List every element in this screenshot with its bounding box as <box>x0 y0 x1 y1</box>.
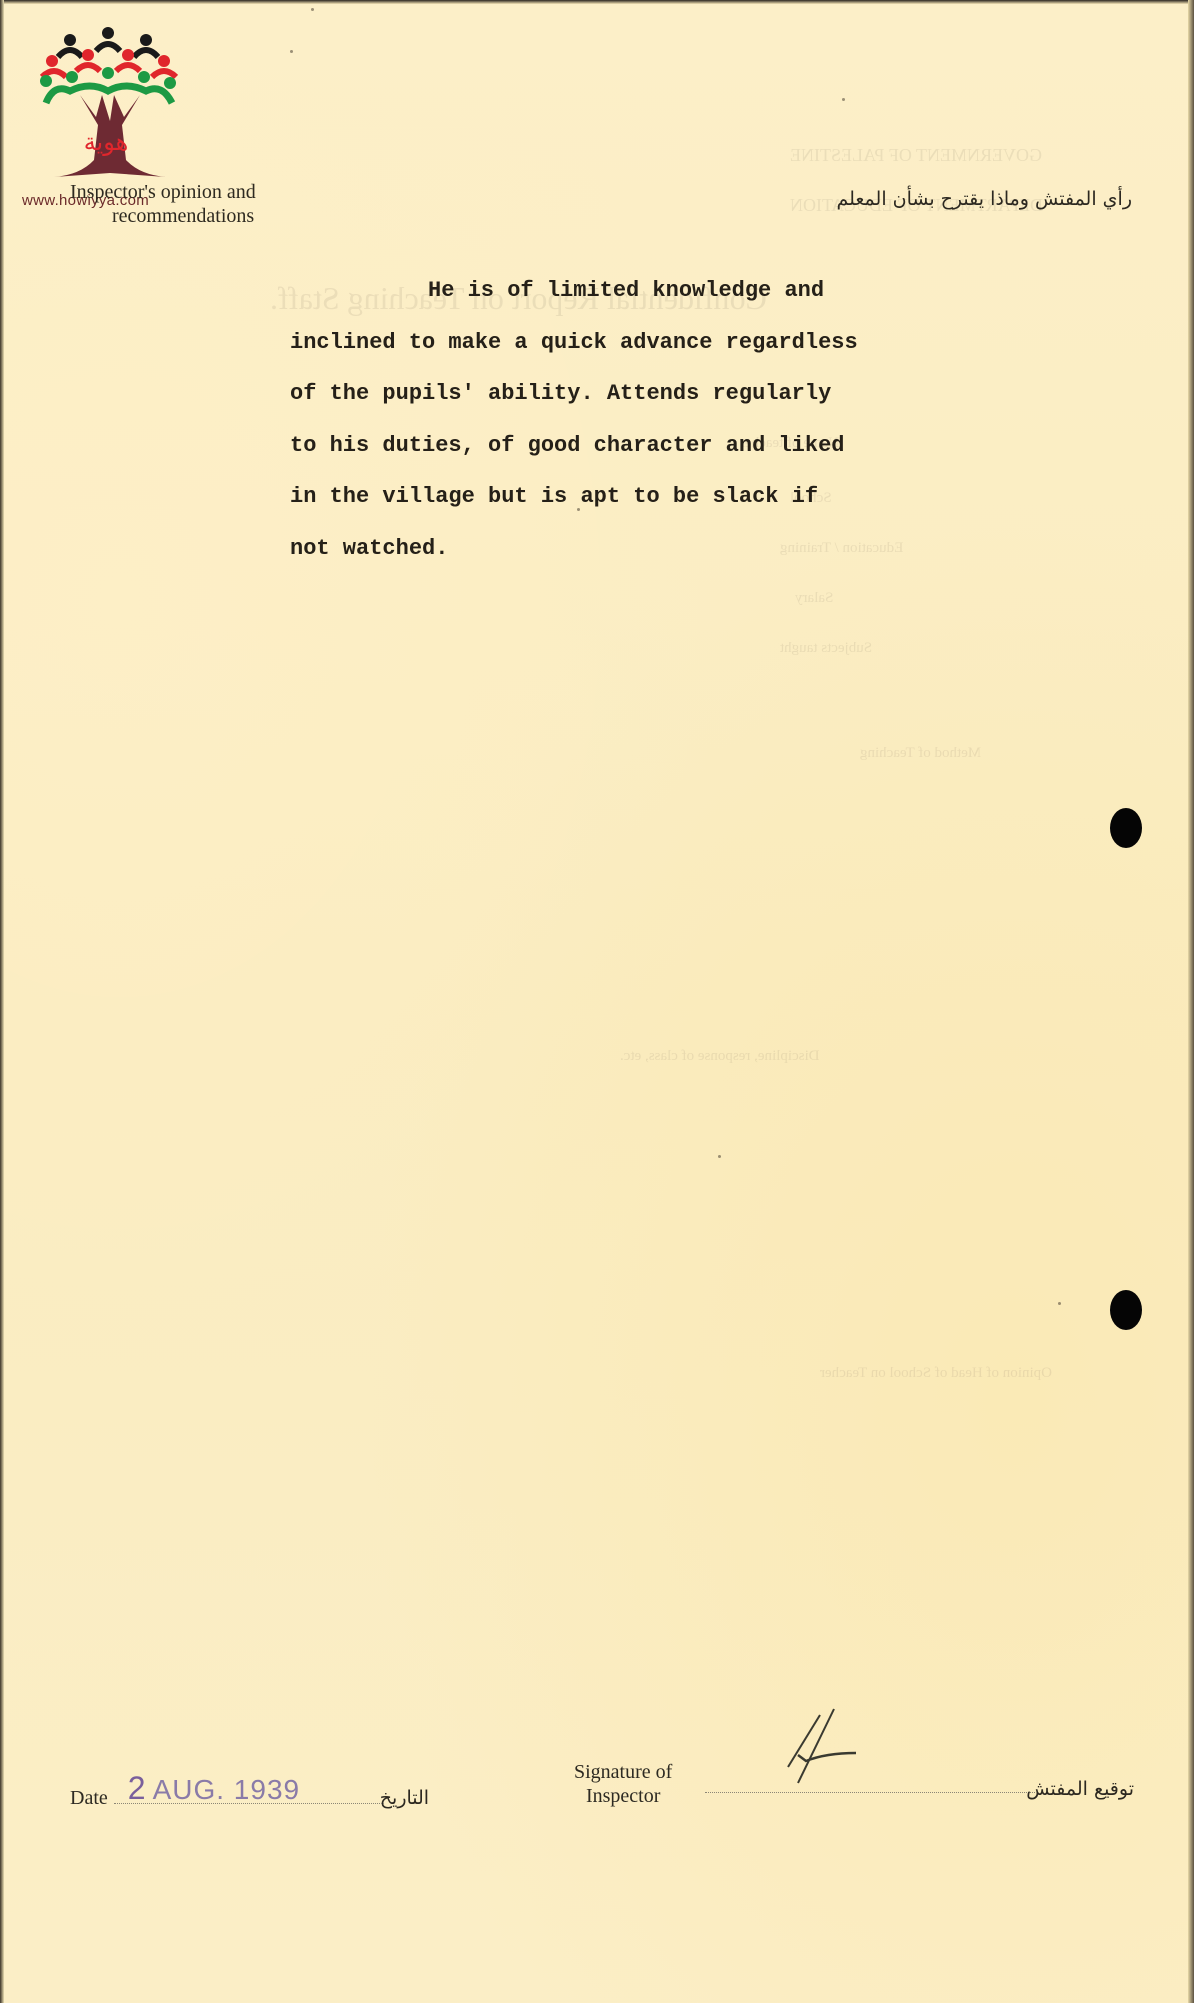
page-left-edge <box>0 0 4 2003</box>
paper-speck <box>842 98 845 101</box>
opinion-line: to his duties, of good character and lik… <box>290 420 990 472</box>
opinion-line: of the pupils' ability. Attends regularl… <box>290 368 990 420</box>
opinion-line: inclined to make a quick advance regardl… <box>290 317 990 369</box>
signature-label-line-2: Inspector <box>574 1784 672 1808</box>
handwritten-signature-icon <box>786 1705 866 1785</box>
bleed-through-field-8: Opinion of Head of School on Teacher <box>820 1365 1052 1382</box>
paper-speck <box>290 50 293 53</box>
signature-label: Signature of Inspector <box>574 1760 672 1808</box>
paper-speck <box>1058 1302 1061 1305</box>
punch-hole-lower <box>1110 1290 1142 1330</box>
svg-text:هوية: هوية <box>84 128 129 156</box>
section-label-ar: رأي المفتش وماذا يقترح بشأن المعلم <box>836 188 1132 210</box>
bleed-through-field-6: Method of Teaching <box>860 745 981 762</box>
signature-line <box>705 1792 1035 1793</box>
bleed-through-field-4: Salary <box>795 590 833 607</box>
signature-label-ar: توقيع المفتش <box>1026 1778 1134 1800</box>
date-label: Date <box>70 1787 108 1810</box>
date-field: Date 2AUG. 1939 التاريخ <box>70 1773 429 1810</box>
date-line: 2AUG. 1939 <box>114 1773 384 1804</box>
date-stamp-day: 2 <box>128 1770 147 1806</box>
bleed-through-field-5: Subjects taught <box>780 640 872 657</box>
paper-speck <box>577 508 580 511</box>
bleed-through-heading-1: GOVERNMENT OF PALESTINE <box>790 145 1042 166</box>
section-label-line-1: Inspector's opinion and <box>70 181 256 203</box>
paper-speck <box>311 8 314 11</box>
opinion-line: in the village but is apt to be slack if <box>290 471 990 523</box>
opinion-line: He is of limited knowledge and <box>290 265 990 317</box>
bleed-through-field-7: Discipline, response of class, etc. <box>620 1048 820 1065</box>
howiyya-tree-logo-icon: هوية <box>40 25 180 185</box>
section-label-en: Inspector's opinion and recommendations <box>70 180 256 228</box>
date-stamp: 2AUG. 1939 <box>128 1770 300 1807</box>
punch-hole-upper <box>1110 808 1142 848</box>
signature-label-line-1: Signature of <box>574 1760 672 1784</box>
page-right-edge <box>1188 0 1194 2003</box>
paper-speck <box>718 1155 721 1158</box>
section-label-line-2: recommendations <box>70 204 256 228</box>
page-top-edge <box>0 0 1194 4</box>
date-label-ar: التاريخ <box>380 1787 429 1809</box>
inspector-opinion-text: He is of limited knowledge and inclined … <box>290 265 990 574</box>
opinion-line: not watched. <box>290 523 990 575</box>
date-stamp-month-year: AUG. 1939 <box>153 1774 301 1805</box>
